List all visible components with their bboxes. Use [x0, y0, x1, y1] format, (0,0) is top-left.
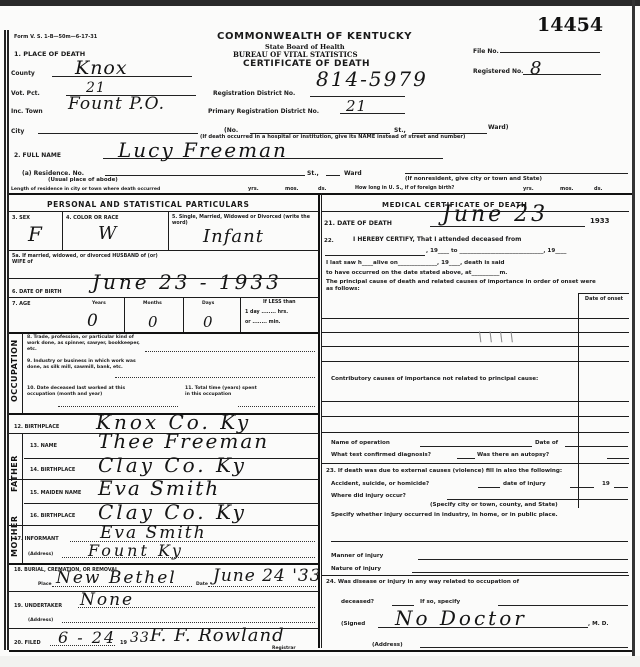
test-label: What test confirmed diagnosis? — [331, 452, 431, 458]
undertaker-value: None — [80, 590, 134, 610]
registration-district-label: Registration District No. — [213, 90, 295, 97]
street-no-label: (No. — [224, 127, 238, 134]
undertaker-address-label: (Address) — [28, 618, 53, 623]
mother-birthplace-value: Clay Co. Ky — [98, 500, 247, 524]
grid-line — [22, 433, 23, 563]
industry-label: 9. Industry or business in which work wa… — [27, 359, 147, 371]
bottom-border — [9, 650, 632, 652]
street-label: St., — [394, 127, 406, 134]
residence-line — [105, 175, 305, 176]
cause-line-2 — [322, 332, 629, 333]
age-days-value: 0 — [203, 313, 214, 331]
left-border — [4, 30, 9, 650]
accident-line — [478, 487, 500, 488]
inc-town-value: Fount P.O. — [68, 94, 165, 114]
cause-line-3 — [322, 346, 629, 347]
informant-label: 17. INFORMANT — [14, 536, 59, 542]
date-of-death-label: 21. DATE OF DEATH — [324, 220, 392, 227]
specify-injury-line — [331, 541, 628, 542]
father-name-value: Thee Freeman — [98, 429, 269, 453]
accident-label: Accident, suicide, or homicide? — [331, 481, 429, 487]
foreign-mos-label: mos. — [560, 186, 574, 192]
burial-date-value: June 24 '33 — [213, 566, 322, 586]
operation-date-label: Date of — [535, 440, 558, 446]
trade-line[interactable] — [145, 351, 315, 352]
certify-number: 22. — [324, 238, 334, 244]
last-saw-line: I last saw h____alive on______________, … — [326, 260, 505, 266]
deceased-label: deceased? — [341, 599, 374, 605]
mother-maiden-value: Eva Smith — [98, 476, 220, 500]
length-residence-label: Length of residence in city or town wher… — [11, 187, 160, 192]
burial-date-label: Date — [196, 582, 208, 587]
grid-line — [9, 297, 319, 298]
principal-cause-label: The principal cause of death and related… — [326, 279, 601, 292]
mother-maiden-label: 15. MAIDEN NAME — [30, 490, 81, 496]
date-of-death-value: June 23 — [442, 202, 548, 227]
burial-place-value: New Bethel — [56, 568, 177, 588]
nature-injury-line — [412, 572, 628, 573]
filed-date-value: 6 - 24 — [58, 628, 116, 647]
primary-district-label: Primary Registration District No. — [208, 108, 319, 115]
where-injury-line — [447, 499, 628, 500]
total-time-label: 11. Total time (years) spent in this occ… — [185, 386, 260, 398]
contributory-line-2 — [322, 416, 629, 417]
residence-label: (a) Residence. No. — [22, 170, 84, 177]
specify-injury-label: Specify whether injury occurred in indus… — [331, 512, 626, 519]
less-than-hrs: 1 day ........ hrs. — [245, 310, 288, 315]
right-scan-edge — [632, 0, 635, 667]
less-than-min: or ........ min. — [245, 320, 280, 325]
test-line — [457, 458, 475, 459]
spouse-label: 5a. If married, widowed, or divorced HUS… — [12, 254, 162, 266]
filed-year-value: 33 — [130, 630, 150, 646]
mos-label: mos. — [285, 186, 299, 192]
injury-year-line — [614, 487, 628, 488]
cause-line-1 — [322, 318, 629, 319]
grid-line — [183, 297, 184, 332]
residence-st: St., — [307, 170, 319, 177]
total-time-line[interactable] — [238, 406, 315, 407]
cause-pencil-mark: \ \ \ \ — [478, 330, 515, 345]
scan-bottom-margin — [0, 656, 640, 667]
attended-range: , 19____ to ____________________________… — [426, 248, 566, 254]
full-name-value: Lucy Freeman — [118, 138, 288, 162]
sex-label: 3. SEX — [12, 215, 30, 221]
color-label: 4. COLOR OR RACE — [66, 215, 119, 221]
form-title: COMMONWEALTH OF KENTUCKY — [217, 31, 412, 42]
injury-date-line — [570, 487, 594, 488]
undertaker-address-line[interactable] — [62, 622, 315, 623]
burial-date-line[interactable] — [208, 586, 316, 587]
grid-line — [322, 575, 629, 576]
residence-ward-dash — [326, 175, 340, 176]
date-onset-label: Date of onset — [584, 296, 624, 302]
grid-line — [9, 563, 319, 565]
grid-line — [9, 332, 319, 334]
nonresident-note: (If nonresident, give city or town and S… — [405, 176, 542, 182]
industry-line[interactable] — [115, 377, 315, 378]
vot-pct-label: Vot. Pct. — [11, 90, 40, 97]
physician-address-line — [420, 647, 628, 648]
trade-label: 8. Trade, profession, or particular kind… — [27, 335, 147, 353]
last-worked-label: 10. Date deceased last worked at this oc… — [27, 386, 137, 398]
dob-value: June 23 - 1933 — [92, 270, 282, 294]
contributory-label: Contributory causes of importance not re… — [331, 376, 571, 383]
father-birthplace-value: Clay Co. Ky — [98, 453, 247, 477]
residence-sub: (Usual place of abode) — [48, 177, 118, 183]
age-years-value: 0 — [87, 311, 99, 331]
father-birthplace-label: 14. BIRTHPLACE — [30, 467, 75, 473]
where-injury-sub: (Specify city or town, county, and State… — [430, 502, 558, 508]
county-label: County — [11, 70, 35, 77]
autopsy-line — [607, 458, 629, 459]
burial-place-label: Place — [38, 582, 52, 587]
city-label: City — [11, 128, 24, 135]
external-causes-label: 23. If death was due to external causes … — [326, 468, 626, 474]
sex-value: F — [28, 222, 43, 246]
foreign-yrs-label: yrs. — [523, 186, 534, 192]
residence-ward: Ward — [344, 170, 362, 177]
stamp-number: 14454 — [537, 14, 603, 36]
informant-address-value: Fount Ky — [88, 541, 184, 560]
injury-date-label: date of injury — [503, 481, 546, 487]
years-label: Years — [92, 301, 106, 306]
city-line — [38, 133, 198, 134]
where-injury-label: Where did injury occur? — [331, 493, 406, 499]
marital-value: Infant — [203, 226, 264, 247]
signed-label: (Signed — [341, 621, 365, 627]
grid-line — [168, 212, 169, 250]
grid-line — [124, 297, 125, 332]
less-than-label: If LESS than — [263, 300, 296, 305]
md-label: , M. D. — [588, 621, 608, 627]
months-label: Months — [143, 301, 162, 306]
foreign-birth-label: How long in U. S., if of foreign birth? — [355, 186, 454, 191]
grid-line — [9, 211, 319, 212]
color-value: W — [98, 223, 118, 244]
inc-town-label: Inc. Town — [11, 108, 43, 115]
if-so-label: If so, specify — [420, 599, 460, 605]
operation-line — [420, 446, 532, 447]
certify-label: I HEREBY CERTIFY, That I attended deceas… — [353, 236, 521, 243]
autopsy-label: Was there an autopsy? — [477, 452, 549, 458]
ds-label: ds. — [318, 186, 326, 192]
date-of-death-year: 1933 — [590, 217, 609, 225]
operation-label: Name of operation — [331, 440, 390, 446]
age-label: 7. AGE — [12, 301, 31, 307]
contributory-line-1 — [322, 401, 629, 402]
informant-address-label: (Address) — [28, 552, 53, 557]
attended-from-line — [325, 255, 425, 256]
birthplace-label: 12. BIRTHPLACE — [14, 424, 59, 430]
registered-no-label: Registered No. — [473, 68, 523, 75]
residence-ward-line — [405, 173, 628, 174]
county-value: Knox — [75, 57, 128, 79]
injury-year-label: 19 — [602, 481, 610, 487]
primary-district-value: 21 — [346, 97, 367, 115]
grid-line — [322, 463, 629, 464]
occupation-side-label: OCCUPATION — [10, 339, 19, 402]
informant-value: Eva Smith — [100, 523, 207, 543]
days-label: Days — [202, 301, 214, 306]
file-no-line — [500, 52, 600, 53]
scan-top-edge — [0, 0, 640, 6]
grid-line — [578, 293, 629, 294]
signed-value: No Doctor — [395, 606, 527, 630]
ward-label: Ward) — [488, 124, 508, 131]
mother-birthplace-label: 16. BIRTHPLACE — [30, 513, 75, 519]
last-worked-line[interactable] — [58, 406, 178, 407]
nature-injury-label: Nature of injury — [331, 566, 381, 572]
personal-heading: PERSONAL AND STATISTICAL PARTICULARS — [47, 200, 250, 209]
filed-label: 20. FILED — [14, 640, 41, 646]
file-no-label: File No. — [473, 48, 499, 55]
occupation-related-label: 24. Was disease or injury in any way rel… — [326, 579, 519, 585]
filed-year-prefix: 19 — [120, 640, 127, 646]
physician-address-label: (Address) — [372, 642, 403, 648]
grid-line — [62, 212, 63, 250]
registered-no-value: 8 — [530, 58, 542, 79]
cause-line-4 — [322, 361, 629, 362]
occurred-line: to have occurred on the date stated abov… — [326, 270, 507, 276]
yrs-label: yrs. — [248, 186, 259, 192]
grid-line — [9, 250, 319, 251]
registration-district-value: 814-5979 — [316, 67, 428, 91]
dob-label: 6. DATE OF BIRTH — [12, 289, 62, 295]
bureau-name: BUREAU OF VITAL STATISTICS — [233, 50, 358, 59]
undertaker-label: 19. UNDERTAKER — [14, 603, 62, 609]
death-certificate: Form V. S. 1-B—50m—6-17-31 COMMONWEALTH … — [0, 0, 640, 667]
manner-injury-label: Manner of injury — [331, 553, 383, 559]
grid-line — [240, 297, 241, 332]
father-side-label: FATHER — [10, 455, 19, 492]
grid-line — [9, 591, 319, 592]
grid-line — [22, 333, 23, 413]
manner-injury-line — [418, 559, 628, 560]
form-id: Form V. S. 1-B—50m—6-17-31 — [14, 34, 97, 40]
age-months-value: 0 — [148, 313, 159, 331]
father-name-label: 13. NAME — [30, 443, 57, 449]
registrar-signature: F. F. Rowland — [150, 625, 285, 646]
operation-date-line — [565, 446, 628, 447]
foreign-ds-label: ds. — [594, 186, 602, 192]
full-name-label: 2. FULL NAME — [14, 152, 61, 159]
contributory-line-3 — [322, 432, 629, 433]
